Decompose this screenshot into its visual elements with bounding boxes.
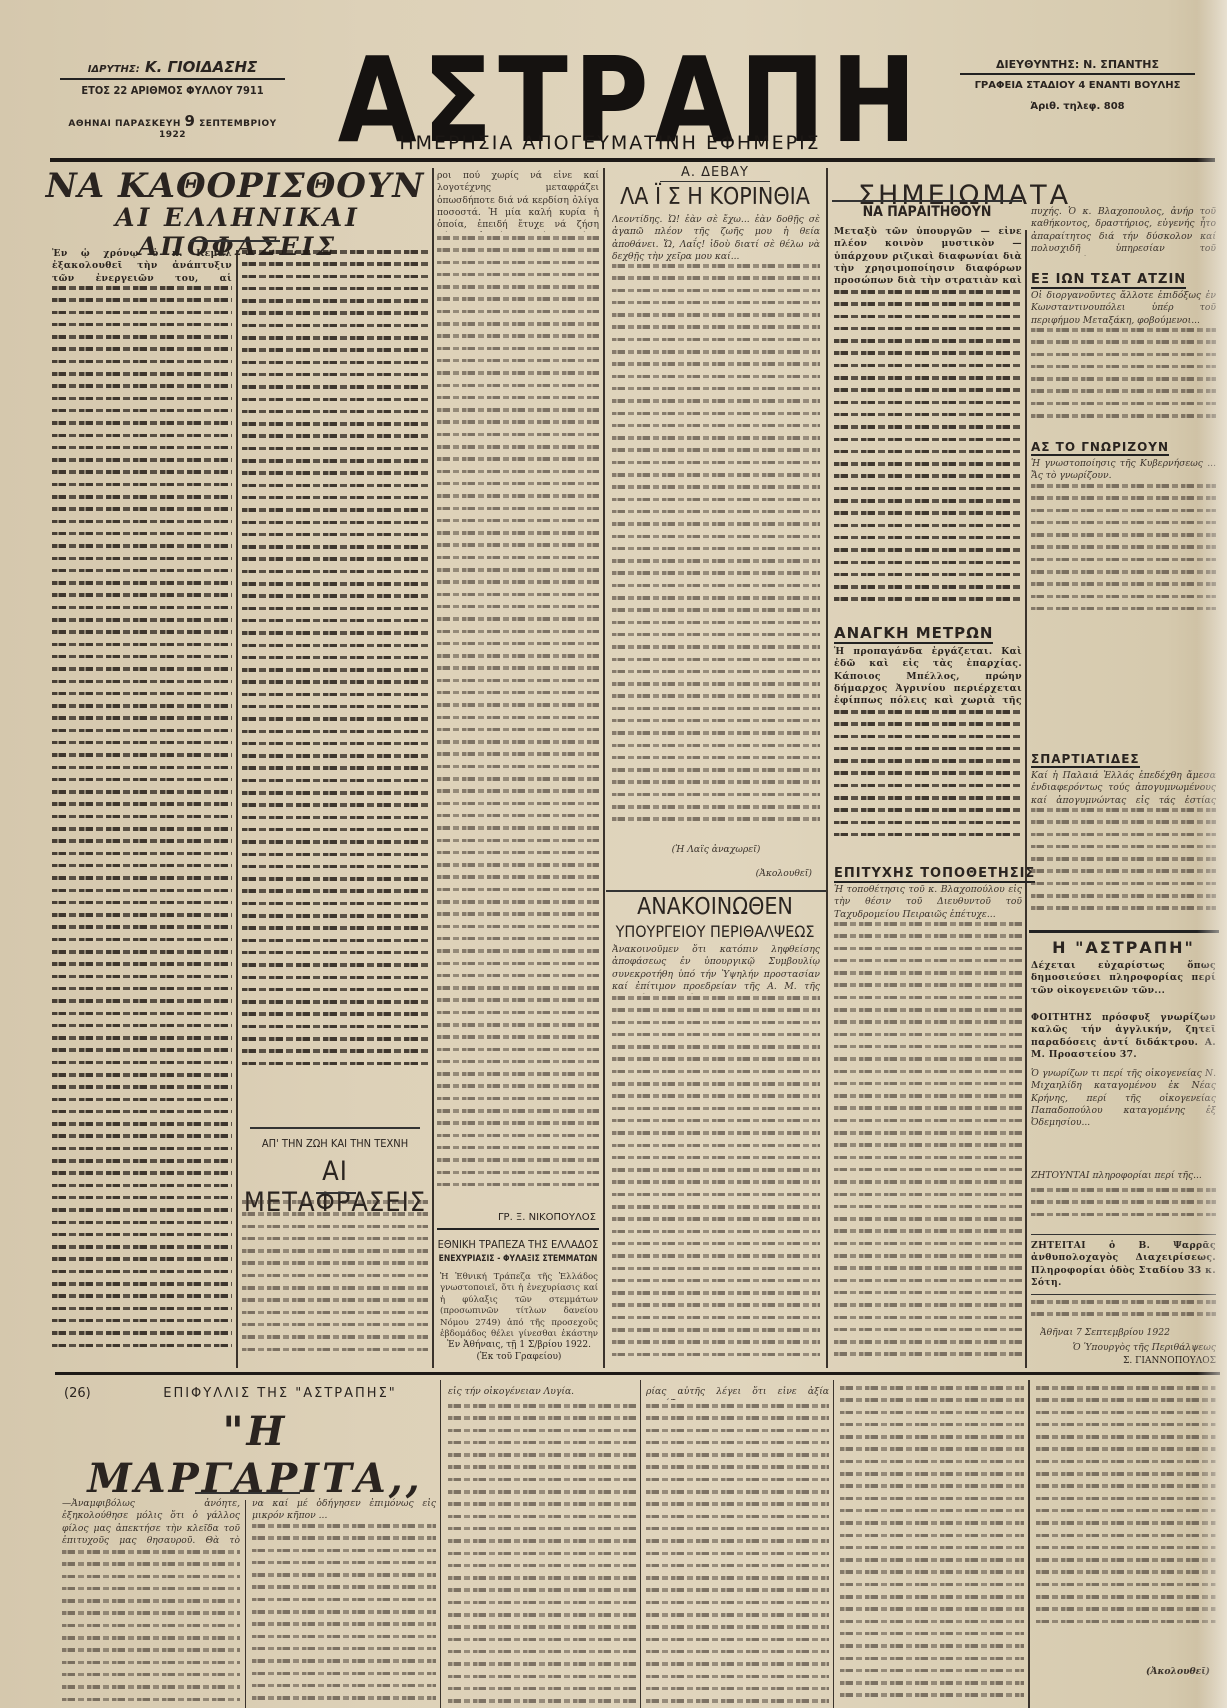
column-divider [1028,1380,1030,1708]
column-divider [432,168,434,1368]
column-divider [640,1380,641,1708]
right-item-body-3 [1031,808,1216,923]
note-heading: ΕΠΙΤΥΧΗΣ ΤΟΠΟΘΕΤΗΣΙΣ [834,866,1035,883]
newspaper-subtitle: ΗΜΕΡΗΣΙΑ ΑΠΟΓΕΥΜΑΤΙΝΗ ΕΦΗΜΕΡΙΣ [290,132,930,154]
column-divider [826,168,828,1368]
play-continued: (Ἀκολουθεῖ) [612,868,812,880]
right-item-body-1 [1031,328,1216,428]
serial-body-col2 [252,1524,436,1708]
play-author: Α. ΔΕΒΑΥ [608,165,822,180]
newspaper-page: ΙΔΡΥΤΗΣ: Κ. ΓΙΟΙΔΑΣΗΣ ΕΤΟΣ 22 ΑΡΙΘΜΟΣ ΦΥ… [0,0,1227,1708]
note-heading: ΑΝΑΓΚΗ ΜΕΤΡΩΝ [834,624,993,644]
play-title: ΛΑ Ϊ Σ Η ΚΟΡΙΝΘΙΑ [608,184,822,210]
headline-rule [190,240,280,242]
article-signature: ΓΡ. Ξ. ΝΙΚΟΠΟΥΛΟΣ [468,1212,596,1223]
bank-notice-date: Ἐν Ἀθήναις, τῇ 1 Σ/βρίου 1922. [440,1340,598,1350]
note-body-resign [834,290,1022,616]
right-item-title-3: ΣΠΑΡΤΙΑΤΙΔΕΣ [1031,748,1140,768]
item-heading: ΣΠΑΡΤΙΑΤΙΔΕΣ [1031,752,1140,768]
column-divider [245,1500,246,1708]
ministry-notice-signer-title: Ὁ Ὑπουργὸς τῆς Περιθάλψεως [1050,1342,1216,1354]
serial-body-col1 [62,1550,240,1708]
ministry-notice-subtitle: ΥΠΟΥΡΓΕΙΟΥ ΠΕΡΙΘΑΛΨΕΩΣ [608,922,822,941]
serial-col2-opening: να καί μέ ὁδήγησεν ἐπιμόνως εἰς μικρόν κ… [252,1498,436,1522]
phone-number: Ἀριθ. τηλεφ. 808 [960,101,1195,112]
date-day: 9 [185,112,196,130]
founder-name: Κ. ΓΙΟΙΔΑΣΗΣ [145,58,257,76]
right-column-opening: πυχής. Ὁ κ. Βλαχοπουλος, ἀνήρ τοῦ καθήκο… [1031,206,1216,256]
column-divider [1025,230,1027,1368]
search-notice: Ὁ γνωρίζων τι περί τῆς οἰκογενείας Ν. Μι… [1031,1068,1216,1152]
translations-continuation: ροι πού χωρίς νά εἶνε καί λογοτέχνης μετ… [437,170,599,232]
translations-body-col2 [437,236,599,1211]
play-opening: Λεοντίδης. Ὦ! ἐὰν σὲ ἔχω... ἐὰν δοθῇς σὲ… [612,214,820,262]
notice-rule [437,1228,599,1230]
ministry-notice-end [1031,1300,1216,1324]
year-issue: ΕΤΟΣ 22 ΑΡΙΘΜΟΣ ΦΥΛΛΟΥ 7911 [60,84,285,97]
right-item-body-2 [1031,484,1216,624]
bank-notice-text: Ἡ Ἐθνική Τράπεζα τῆς Ἑλλάδος γνωστοποιεῖ… [440,1272,598,1340]
column-divider [440,1380,441,1708]
ministry-notice-opening: Ἀνακοινοῦμεν ὅτι κατόπιν ληφθείσης ἀποφά… [612,944,820,994]
serial-opening: —Ἀναμφιβόλως ἀνόητε, ἐξηκολούθησε μόλις … [62,1498,240,1546]
note-text-appointment: Ἡ τοποθέτησις τοῦ κ. Βλαχοπούλου εἰς τὴν… [834,884,1022,920]
bank-notice-subtitle: ΕΝΕΧΥΡΙΑΣΙΣ - ΦΥΛΑΞΙΣ ΣΤΕΜΜΑΤΩΝ [437,1254,599,1264]
lead-article-body-col1 [52,286,232,1366]
note-body-measures [834,710,1022,850]
right-item-text-3: Καί ἡ Παλαιά Ἑλλάς ἐπεδέχθη ἄμεσα ἐνδιαφ… [1031,770,1216,806]
note-title-appointment: ΕΠΙΤΥΧΗΣ ΤΟΠΟΘΕΤΗΣΙΣ [834,862,1035,883]
founder-line: ΙΔΡΥΤΗΣ: Κ. ΓΙΟΙΔΑΣΗΣ [60,58,285,80]
play-stage-direction: (Ἡ Λαΐς ἀναχωρεῖ) [612,844,820,856]
lead-headline-1: ΝΑ ΚΑΘΟΡΙΣΘΟΥΝ [40,166,430,206]
issue-date: ΑΘΗΝΑΙ ΠΑΡΑΣΚΕΥΗ 9 ΣΕΠΤΕΜΒΡΙΟΥ 1922 [60,112,285,140]
section-rule [250,1127,420,1129]
author-rule [660,181,770,182]
notice-rule [606,890,826,892]
ministry-notice-title: ΑΝΑΚΟΙΝΩΘΕΝ [608,894,822,920]
wanted-notice-1-body [1031,1188,1216,1228]
masthead-rule [50,158,1215,162]
note-body-continued [834,922,1022,1367]
bank-notice-source: (Ἐκ τοῦ Γραφείου) [440,1352,598,1362]
notes-rule [832,200,1022,202]
wanted-notice-1: ΖΗΤΟΥΝΤΑΙ πληροφορίαι περί τῆς... [1031,1170,1216,1184]
serial-title-rule [195,1492,300,1494]
bank-notice-title: ΕΘΝΙΚΗ ΤΡΑΠΕΖΑ ΤΗΣ ΕΛΛΑΔΟΣ [437,1238,599,1251]
notice-rule [1031,1234,1216,1235]
serial-title: "Η ΜΑΡΓΑΡΙΤΑ,, [70,1408,440,1502]
lead-article-body-col2 [242,250,428,1085]
item-heading: ΕΞ ΙΩΝ ΤΣΑΤ ΑΤΖΙΝ [1031,272,1186,289]
serial-kicker: ΕΠΙΦΥΛΛΙΣ ΤΗΣ "ΑΣΤΡΑΠΗΣ" [130,1386,430,1401]
section-kicker: ΑΠ' ΤΗΝ ΖΩΗ ΚΑΙ ΤΗΝ ΤΕΧΝΗ [242,1137,428,1150]
column-divider [236,250,238,1368]
serial-number: (26) [64,1386,91,1401]
note-text-resign: Μεταξὺ τῶν ὑπουργῶν — εἶνε πλέον κοινὸν … [834,226,1022,286]
serial-body-col4 [646,1404,829,1708]
ministry-notice-signer-name: Σ. ΓΙΑΝΝΟΠΟΥΛΟΣ [1050,1356,1216,1366]
item-heading: ΑΣ ΤΟ ΓΝΩΡΙΖΟΥΝ [1031,440,1169,456]
wanted-notice-2: ΖΗΤΕΙΤΑΙ ὁ Β. Ψαρρᾶς ἀνθυπολοχαγὸς Διαχε… [1031,1240,1216,1290]
short-rule [316,1192,356,1194]
right-item-title-2: ΑΣ ΤΟ ΓΝΩΡΙΖΟΥΝ [1031,436,1169,456]
serial-body-col6 [1036,1386,1216,1636]
serial-body-col3 [448,1404,636,1708]
notice-rule [1029,930,1219,933]
ministry-notice-date: Ἀθῆναι 7 Σεπτεμβρίου 1922 [1040,1327,1216,1339]
right-item-text-1: Οἱ διοργανοῦντες ἄλλοτε ἐπιδόξως ἐν Κωνσ… [1031,290,1216,326]
director-line: ΔΙΕΥΘΥΝΤΗΣ: Ν. ΣΠΑΝΤΗΣ [960,58,1195,75]
serial-col3-opening: εἰς τήν οἰκογένειαν Λυγία. [448,1386,636,1400]
column-divider [833,1380,834,1708]
column-divider [603,168,605,1368]
founder-label: ΙΔΡΥΤΗΣ: [88,64,140,75]
student-ad: ΦΟΙΤΗΤΗΣ πρόσφυξ γνωρίζων καλῶς τήν ἀγγλ… [1031,1012,1216,1062]
serial-rule [55,1372,1220,1375]
note-title-measures: ΑΝΑΓΚΗ ΜΕΤΡΩΝ [834,623,993,644]
notice-rule [1031,1294,1216,1295]
lead-article-opening: Ἐν ᾧ χρόνῳ ὁ κ. Κεμάλ ἐξακολουθεῖ τὴν ἀν… [52,248,232,284]
translations-body-col1 [242,1200,428,1365]
newspaper-notice-title: Η "ΑΣΤΡΑΠΗ" [1031,938,1216,957]
serial-col4-opening: ρίας αὐτῆς λέγει ὅτι εἶνε ἀξία πανάξιος. [646,1386,829,1400]
ministry-notice-body [612,996,820,1366]
play-body [612,264,820,834]
newspaper-notice-text: Δέχεται εὐχαρίστως ὅπως δημοσιεύσει πληρ… [1031,960,1216,1000]
serial-continued: (Ἀκολουθεῖ) [1100,1666,1210,1678]
serial-body-col5 [840,1386,1024,1708]
right-item-title-1: ΕΞ ΙΩΝ ΤΣΑΤ ΑΤΖΙΝ [1031,268,1186,289]
right-item-text-2: Ἡ γνωστοποίησις τῆς Κυβερνήσεως ... Ἄς τ… [1031,458,1216,482]
offices-address: ΓΡΑΦΕΙΑ ΣΤΑΔΙΟΥ 4 ΕΝΑΝΤΙ ΒΟΥΛΗΣ [960,80,1195,91]
note-title-resign: ΝΑ ΠΑΡΑΙΤΗΘΟΥΝ [832,204,1022,220]
note-text-measures: Ἡ προπαγάνδα ἐργάζεται. Καὶ ἐδῶ καὶ εἰς … [834,646,1022,706]
date-prefix: ΑΘΗΝΑΙ ΠΑΡΑΣΚΕΥΗ [68,119,181,129]
